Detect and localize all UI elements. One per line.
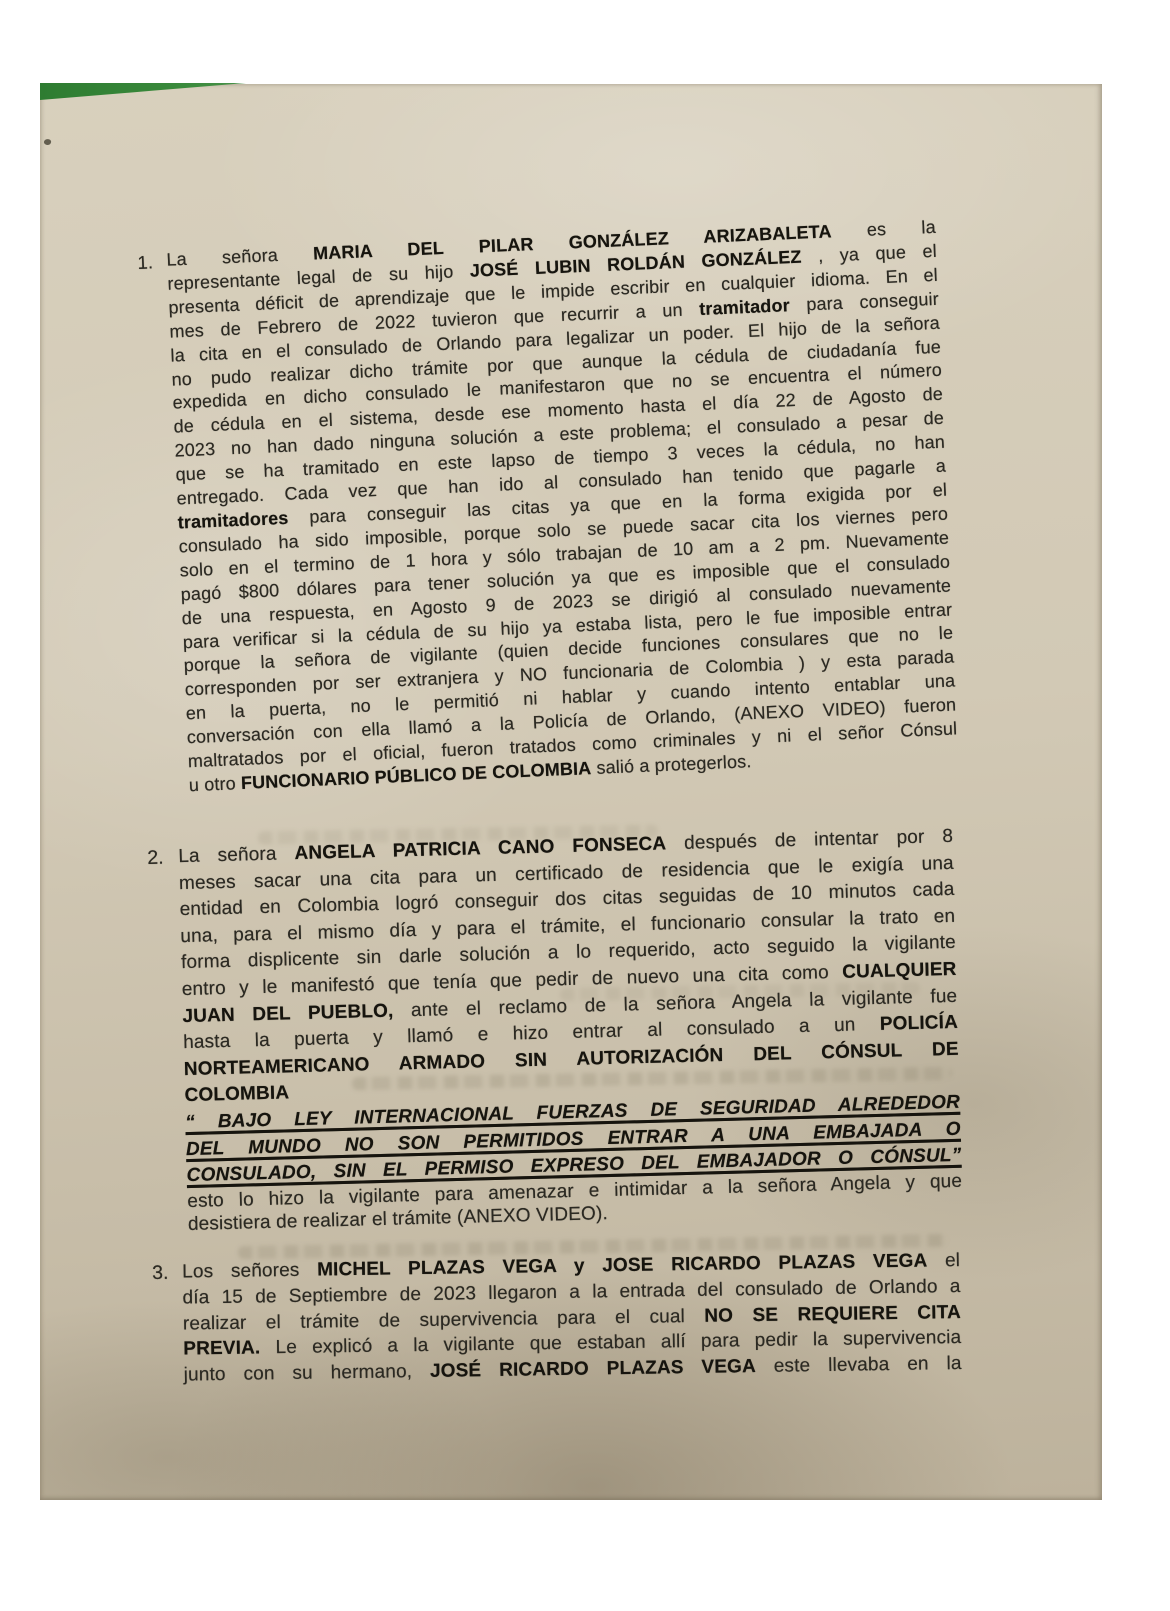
text-segment: junto con su hermano, xyxy=(184,1361,431,1386)
text-segment: u otro xyxy=(188,773,241,795)
text-segment: salió a protegerlos. xyxy=(591,751,752,778)
text-segment: para conseguir xyxy=(789,288,939,314)
text-segment: La señora xyxy=(166,243,314,269)
paragraph-number: 3. xyxy=(152,1262,169,1285)
text-segment: después de intentar por 8 xyxy=(666,826,953,855)
text-segment: NO SE REQUIERE CITA xyxy=(704,1302,961,1327)
text-segment: CUALQUIER xyxy=(842,959,957,983)
paragraph-1: 1.La señora MARIA DEL PILAR GONZÁLEZ ARI… xyxy=(137,216,959,799)
text-segment: tramitador xyxy=(699,295,790,319)
text-segment: este llevaba en la xyxy=(756,1353,962,1377)
paragraph-2: 2.La señora ANGELA PATRICIA CANO FONSECA… xyxy=(147,824,963,1237)
paragraph-number: 1. xyxy=(137,251,153,274)
text-segment: POLICÍA xyxy=(880,1012,959,1035)
paragraph-3: 3.Los señores MICHEL PLAZAS VEGA y JOSE … xyxy=(152,1248,962,1389)
text-segment: el xyxy=(927,1250,960,1271)
text-segment: Los señores xyxy=(182,1260,317,1283)
text-segment: tramitadores xyxy=(177,508,289,533)
text-segment: La señora xyxy=(178,843,295,867)
text-segment: JOSÉ RICARDO PLAZAS VEGA xyxy=(430,1356,756,1382)
text-segment: PREVIA. xyxy=(183,1338,260,1360)
text-segment: COLOMBIA xyxy=(184,1083,289,1107)
text-segment: , ya que el xyxy=(801,241,937,267)
paragraph-number: 2. xyxy=(147,847,164,870)
text-segment: es la xyxy=(831,217,936,241)
text-segment: JUAN DEL PUEBLO, xyxy=(182,1000,393,1027)
